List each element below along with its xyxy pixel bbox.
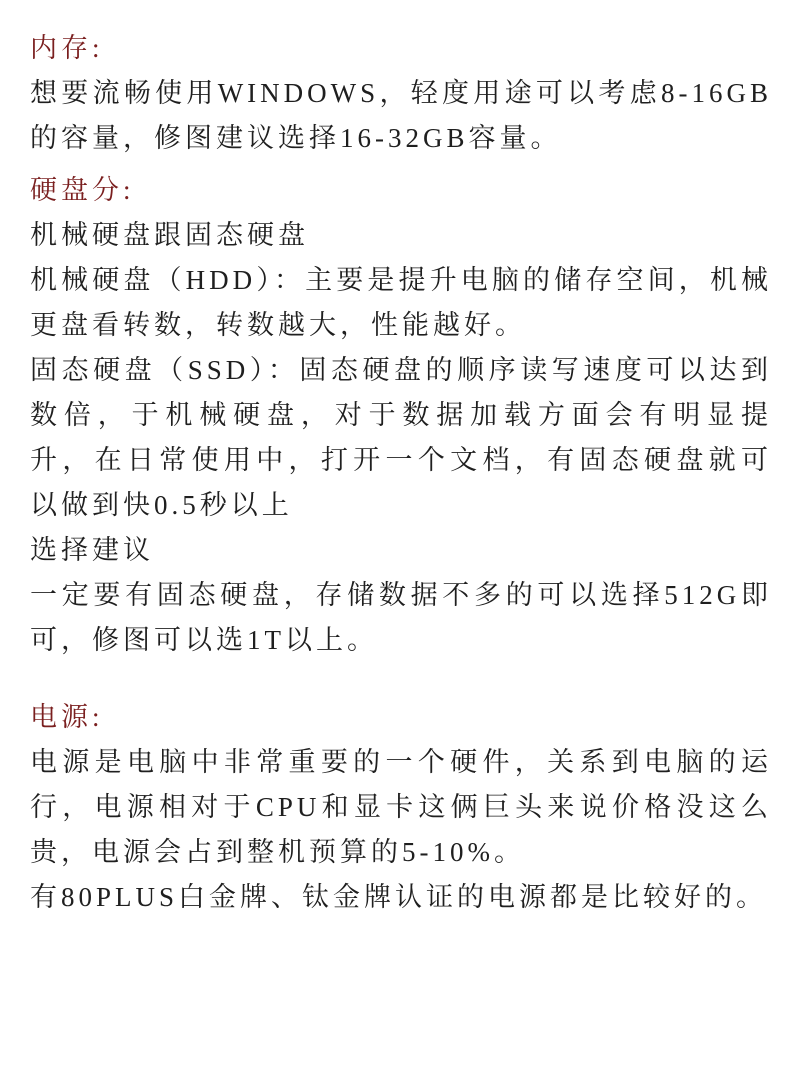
section-heading-memory: 内存: — [30, 26, 772, 71]
paragraph-disk-advice-title: 选择建议 — [30, 528, 772, 573]
section-heading-psu: 电源: — [30, 695, 772, 740]
paragraph-psu-1: 电源是电脑中非常重要的一个硬件，关系到电脑的运行，电源相对于CPU和显卡这俩巨头… — [30, 740, 772, 875]
document-page: 内存: 想要流畅使用WINDOWS，轻度用途可以考虑8-16GB的容量，修图建议… — [0, 0, 800, 1067]
paragraph-psu-2: 有80PLUS白金牌、钛金牌认证的电源都是比较好的。 — [30, 875, 772, 920]
section-disk: 硬盘分: 机械硬盘跟固态硬盘 机械硬盘（HDD）：主要是提升电脑的储存空间，机械… — [30, 168, 772, 663]
paragraph-disk-1: 机械硬盘跟固态硬盘 — [30, 213, 772, 258]
paragraph-disk-3: 固态硬盘（SSD）：固态硬盘的顺序读写速度可以达到数倍，于机械硬盘，对于数据加载… — [30, 348, 772, 528]
paragraph-disk-advice-body: 一定要有固态硬盘，存储数据不多的可以选择512G即可，修图可以选1T以上。 — [30, 573, 772, 663]
paragraph-disk-2: 机械硬盘（HDD）：主要是提升电脑的储存空间，机械更盘看转数，转数越大，性能越好… — [30, 258, 772, 348]
section-heading-disk: 硬盘分: — [30, 168, 772, 213]
paragraph-memory-1: 想要流畅使用WINDOWS，轻度用途可以考虑8-16GB的容量，修图建议选择16… — [30, 71, 772, 161]
section-memory: 内存: 想要流畅使用WINDOWS，轻度用途可以考虑8-16GB的容量，修图建议… — [30, 26, 772, 161]
section-psu: 电源: 电源是电脑中非常重要的一个硬件，关系到电脑的运行，电源相对于CPU和显卡… — [30, 695, 772, 920]
